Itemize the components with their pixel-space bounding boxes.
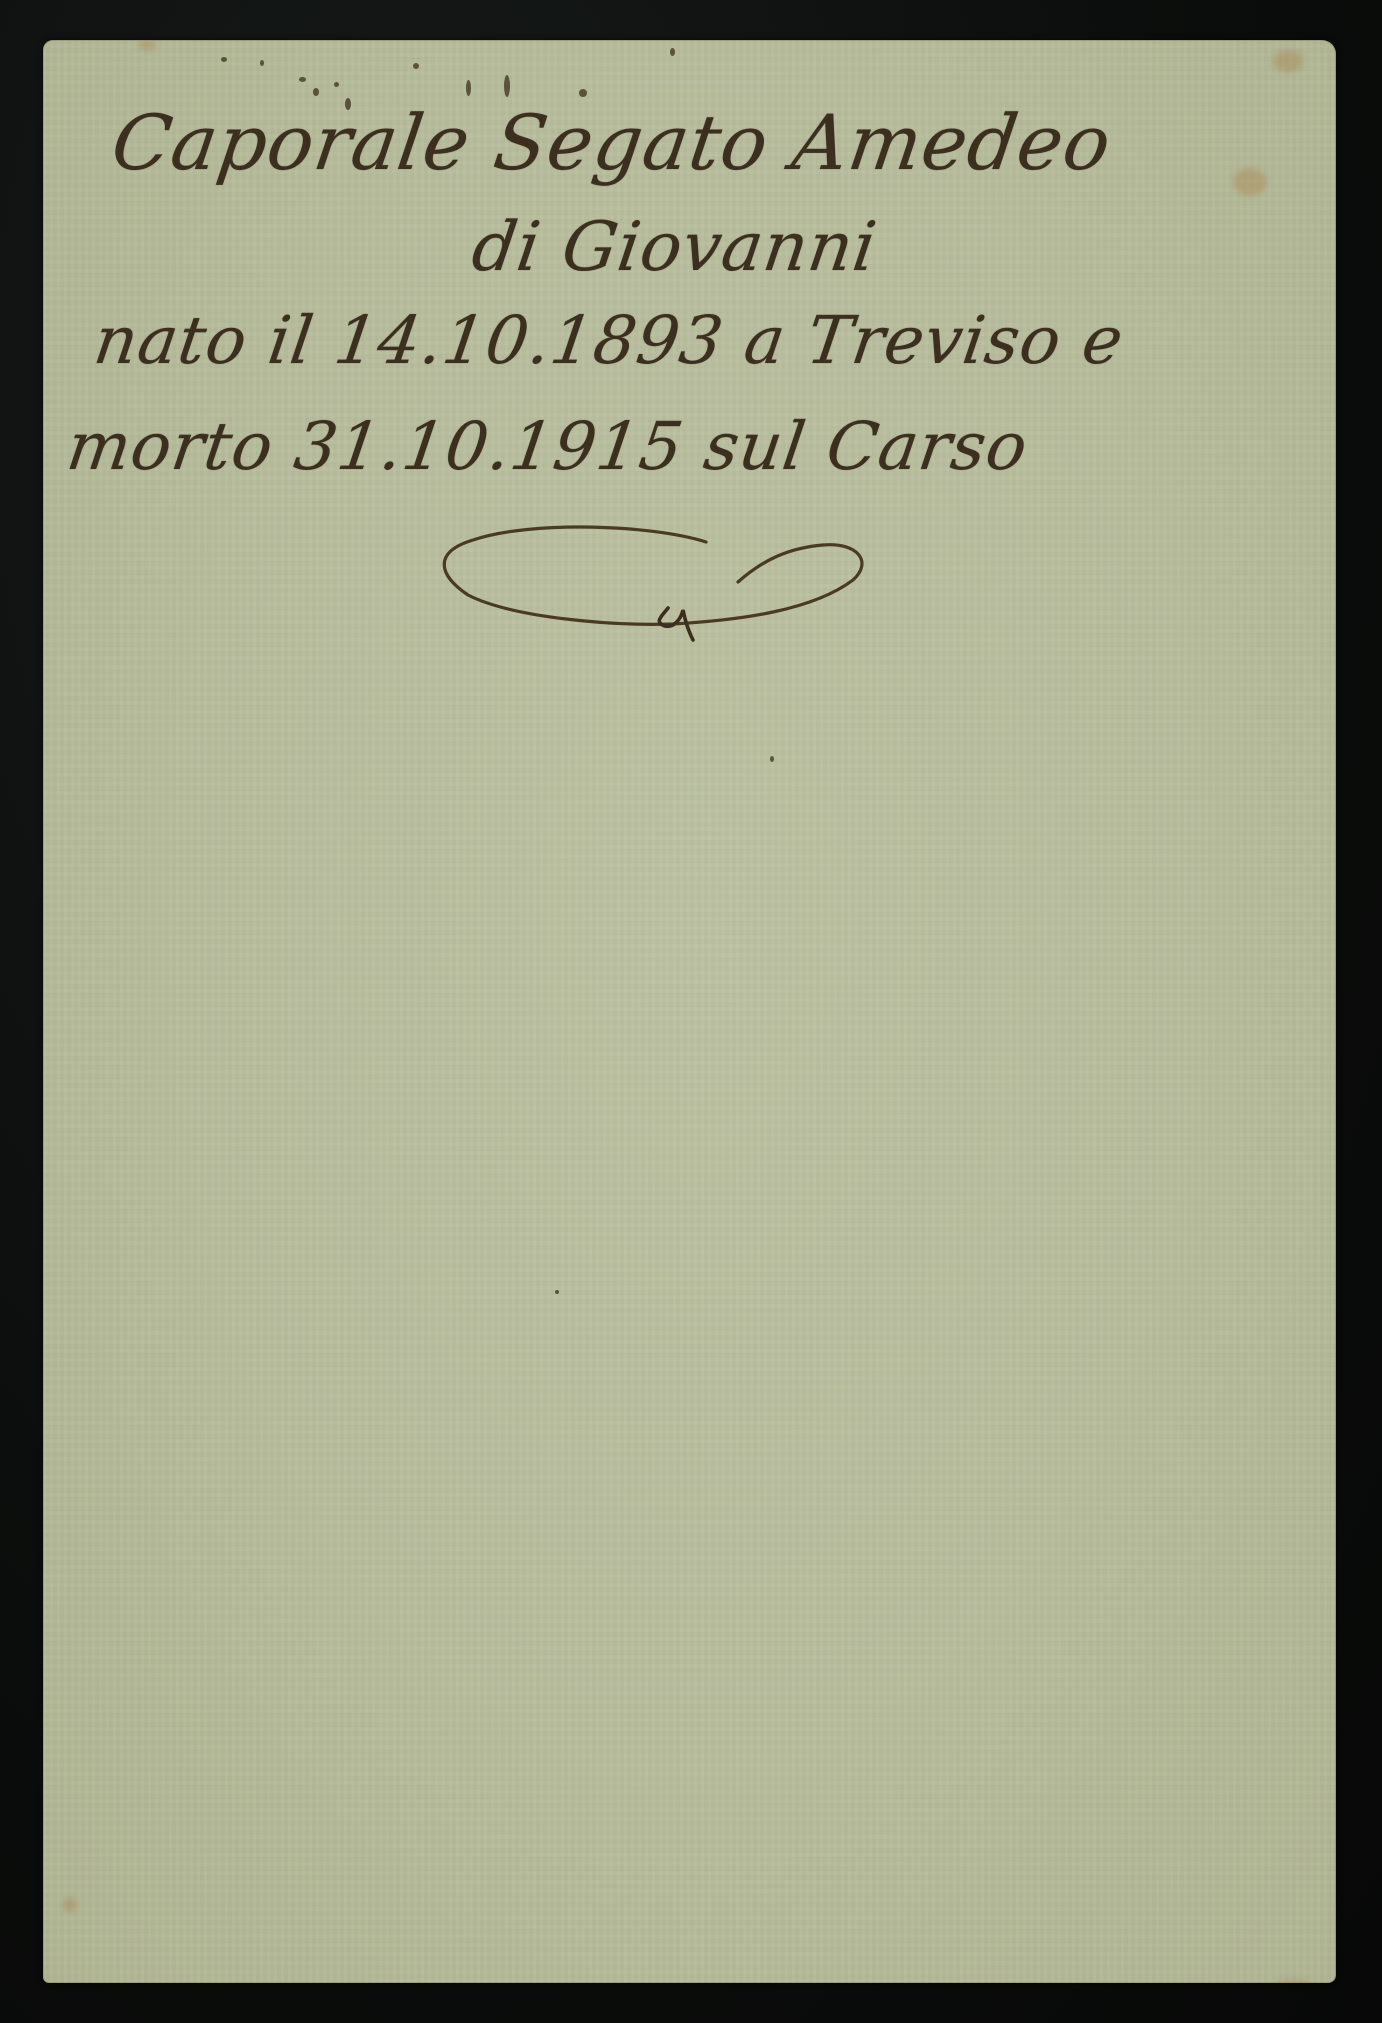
line-birth: nato il 14.10.1893 a Treviso e [90,302,1129,379]
line-rank-name: Caporale Segato Amedeo [107,98,1117,187]
signature-flourish [413,500,873,660]
handwritten-text: Caporale Segato Amedeo di Giovanni nato … [43,40,1336,1983]
line-father-name: di Giovanni [467,208,881,287]
line-death: morto 31.10.1915 sul Carso [63,408,1033,485]
document-card: Caporale Segato Amedeo di Giovanni nato … [43,40,1336,1983]
